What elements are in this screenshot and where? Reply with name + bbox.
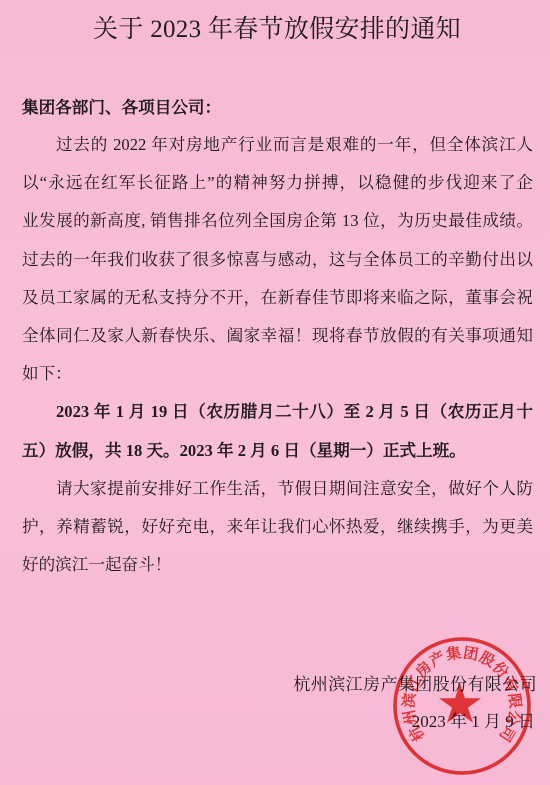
text-line: 以“永远在红军长征路上”的精神努力拼搏，以稳健的步伐迎来了企 xyxy=(22,164,533,202)
document-title: 关于 2023 年春节放假安排的通知 xyxy=(2,15,550,45)
text-line: 全体同仁及家人新春快乐、阖家幸福！现将春节放假的有关事项通知 xyxy=(22,317,533,355)
paragraph-closing: 请大家提前安排好工作生活，节假日期间注意安全，做好个人防 护，养精蓄锐，好好充电… xyxy=(22,470,533,585)
text-line: 及员工家属的无私支持分不开，在新春佳节即将来临之际，董事会祝 xyxy=(22,279,533,317)
text-line: 好的滨江一起奋斗！ xyxy=(22,546,533,584)
text-line: 如下： xyxy=(22,355,533,393)
text-line: 五）放假，共 18 天。2023 年 2 月 6 日（星期一）正式上班。 xyxy=(22,432,533,470)
paragraph-holiday-dates: 2023 年 1 月 19 日（农历腊月二十八）至 2 月 5 日（农历正月十 … xyxy=(22,393,533,469)
document-body: 过去的 2022 年对房地产行业而言是艰难的一年，但全体滨江人 以“永远在红军长… xyxy=(22,126,533,584)
document-page: 关于 2023 年春节放假安排的通知 集团各部门、各项目公司： 过去的 2022… xyxy=(0,0,550,785)
text-line: 过去的一年我们收获了很多惊喜与感动，这与全体员工的辛勤付出以 xyxy=(22,241,533,279)
text-line: 业发展的新高度, 销售排名位列全国房企第 13 位，为历史最佳成绩。 xyxy=(22,202,533,240)
star-icon xyxy=(439,683,481,723)
text-line: 2023 年 1 月 19 日（农历腊月二十八）至 2 月 5 日（农历正月十 xyxy=(22,393,533,431)
text-line: 过去的 2022 年对房地产行业而言是艰难的一年，但全体滨江人 xyxy=(22,126,533,164)
paragraph-announcement: 过去的 2022 年对房地产行业而言是艰难的一年，但全体滨江人 以“永远在红军长… xyxy=(22,126,533,393)
text-line: 护，养精蓄锐，好好充电，来年让我们心怀热爱，继续携手，为更美 xyxy=(22,508,533,546)
salutation: 集团各部门、各项目公司： xyxy=(22,89,221,127)
text-line: 请大家提前安排好工作生活，节假日期间注意安全，做好个人防 xyxy=(22,470,533,508)
company-seal-stamp: 杭州滨江房产集团股份有限公司 xyxy=(391,636,533,778)
